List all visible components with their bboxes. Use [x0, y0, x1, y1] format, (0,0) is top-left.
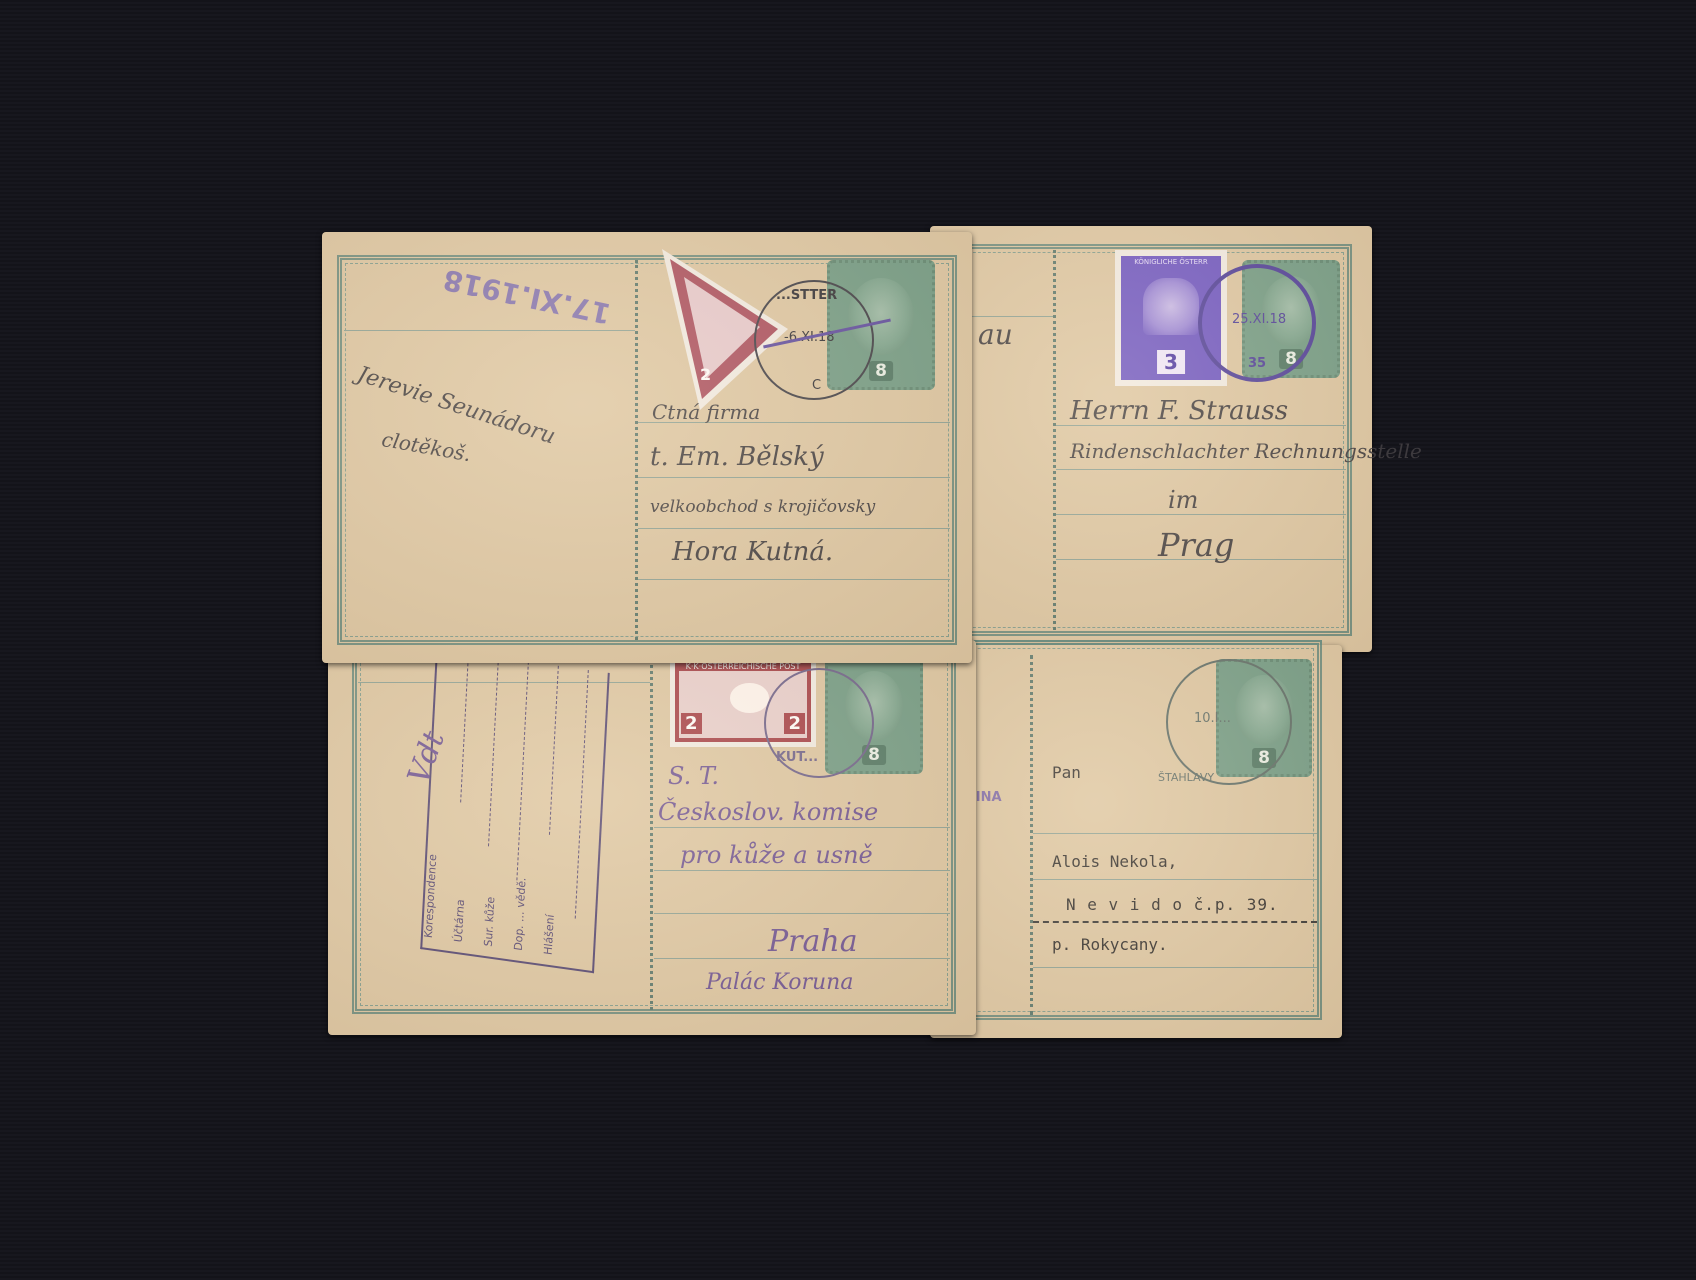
postmark-circle: 25.XI.18 35	[1198, 264, 1316, 382]
ruled-line	[1033, 833, 1317, 834]
box-stamp-line: Sur. kůže	[482, 896, 498, 948]
dotted-divider	[1053, 250, 1056, 630]
ruled-line	[1033, 921, 1317, 923]
address-line-2: Českoslov. komise	[658, 798, 878, 826]
ruled-line	[654, 827, 950, 828]
postmark-circle: 10.I... ŠTAHLAVY	[1166, 659, 1292, 785]
address-line-5: Palác Koruna	[706, 970, 853, 995]
box-stamp-line: Účtárna	[452, 898, 467, 943]
stamp-value: 2	[700, 365, 711, 384]
ruled-line	[654, 870, 950, 871]
address-line-1: Herrn F. Strauss	[1070, 396, 1288, 426]
ruled-line	[1033, 879, 1317, 880]
ruled-line	[638, 528, 950, 529]
address-line-4: p. Rokycany.	[1052, 935, 1168, 954]
stamp-legend: KÖNIGLICHE ÖSTERR	[1121, 258, 1221, 266]
postmark-circle: KUT...	[764, 668, 874, 778]
ruled-line	[1056, 514, 1346, 515]
stamp-legend: K·K·ÖSTERREICHISCHE POST	[679, 662, 807, 671]
postcard-top-left: 17.XI.1918 Jerevie Seunádoru clotěkoš. 2…	[322, 232, 972, 663]
postcard-top-right: au KÖNIGLICHE ÖSTERR 3 8 25.XI.18 35 Her…	[930, 226, 1372, 652]
address-line-3: velkoobchod s krojičovsky	[650, 497, 875, 517]
ruled-line	[638, 477, 950, 478]
postcard-bottom-right: TEINA 8 10.I... ŠTAHLAVY Pan Alois Nekol…	[930, 645, 1342, 1038]
stamp-value-left: 2	[681, 713, 702, 734]
box-stamp-line: Hlášení	[542, 914, 557, 956]
address-line-2: Rindenschlachter Rechnungsstelle	[1070, 439, 1422, 463]
ruled-line	[1056, 469, 1346, 470]
address-line-3: im	[1168, 486, 1198, 514]
address-line-4: Prag	[1158, 526, 1234, 564]
ruled-line	[638, 579, 950, 580]
address-line-2: t. Em. Bělský	[650, 442, 824, 472]
address-line-2: Alois Nekola,	[1052, 852, 1177, 871]
address-line-4: Praha	[768, 924, 858, 959]
stamp-value: 3	[1157, 350, 1185, 374]
box-stamp-line: Korespondence	[422, 853, 439, 939]
address-line-1: Pan	[1052, 763, 1081, 782]
dotted-divider	[650, 654, 653, 1010]
ruled-line	[654, 913, 950, 914]
box-stamp-line: Dop. ... vědě.	[512, 876, 529, 951]
ruled-line	[1033, 967, 1317, 968]
office-box-stamp: Korespondence Účtárna Sur. kůže Dop. ...…	[420, 649, 610, 974]
address-line-1: Ctná firma	[652, 400, 760, 424]
ruled-line	[344, 330, 635, 331]
address-line-1: S. T.	[668, 762, 719, 790]
address-line-4: Hora Kutná.	[672, 537, 833, 567]
address-line-3: N e v i d o č.p. 39.	[1066, 895, 1279, 914]
partial-handwriting: au	[978, 318, 1013, 351]
address-line-3: pro kůže a usně	[680, 841, 873, 869]
dotted-divider	[1030, 655, 1033, 1015]
mercury-icon	[730, 683, 768, 713]
postmark-circle: -6.XI.18 C ...STTER	[754, 280, 874, 400]
crown-icon	[1143, 278, 1199, 335]
dotted-divider	[635, 260, 638, 640]
postcard-bottom-left: Korespondence Účtárna Sur. kůže Dop. ...…	[328, 640, 976, 1035]
